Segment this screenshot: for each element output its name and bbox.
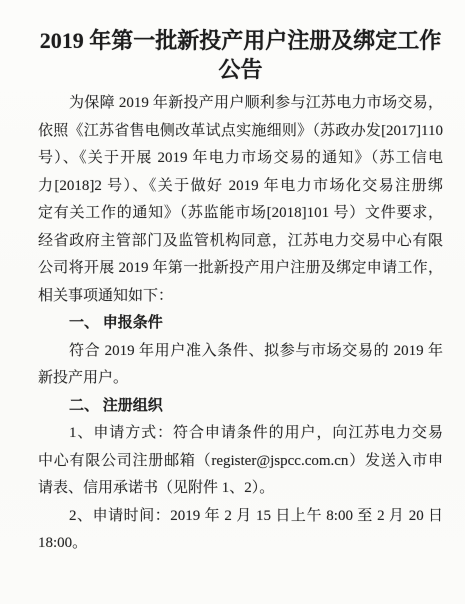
text-line: 二、 注册组织: [38, 393, 443, 421]
text-line: 号）、《关于开展 2019 年电力市场交易的通知》（苏工信电: [38, 145, 443, 173]
intro-paragraph: 为保障 2019 年新投产用户顺利参与江苏电力市场交易，依照《江苏省售电侧改革试…: [38, 90, 443, 310]
text-line: 新投产用户。: [38, 365, 443, 393]
text-line: 2、申请时间：2019 年 2 月 15 日上午 8:00 至 2 月 20 日: [38, 503, 443, 531]
document-body: 2019 年第一批新投产用户注册及绑定工作公告为保障 2019 年新投产用户顺利…: [38, 26, 443, 558]
section-heading-1: 一、 申报条件: [38, 310, 443, 338]
text-line: 2019 年第一批新投产用户注册及绑定工作: [28, 26, 453, 55]
text-line: 相关事项通知如下：: [38, 283, 443, 311]
text-line: 公告: [28, 55, 453, 84]
text-line: 公司将开展 2019 年第一批新投产用户注册及绑定申请工作，: [38, 255, 443, 283]
application-method-paragraph: 1、申请方式：符合申请条件的用户，向江苏电力交易中心有限公司注册邮箱（regis…: [38, 420, 443, 503]
application-time-paragraph: 2、申请时间：2019 年 2 月 15 日上午 8:00 至 2 月 20 日…: [38, 503, 443, 558]
text-line: 一、 申报条件: [38, 310, 443, 338]
text-line: 中心有限公司注册邮箱（register@jspcc.com.cn）发送入市申: [38, 448, 443, 476]
text-line: 为保障 2019 年新投产用户顺利参与江苏电力市场交易，: [38, 90, 443, 118]
text-line: 定有关工作的通知》（苏监能市场[2018]101 号）文件要求，: [38, 200, 443, 228]
text-line: 经省政府主管部门及监管机构同意，江苏电力交易中心有限: [38, 228, 443, 256]
text-line: 力[2018]2 号）、《关于做好 2019 年电力市场化交易注册绑: [38, 173, 443, 201]
document-title: 2019 年第一批新投产用户注册及绑定工作公告: [28, 26, 453, 84]
text-line: 请表、信用承诺书（见附件 1、2）。: [38, 475, 443, 503]
text-line: 18:00。: [38, 530, 443, 558]
text-line: 依照《江苏省售电侧改革试点实施细则》（苏政办发[2017]110: [38, 118, 443, 146]
document-page: 2019 年第一批新投产用户注册及绑定工作公告为保障 2019 年新投产用户顺利…: [0, 0, 465, 604]
section-1-paragraph: 符合 2019 年用户准入条件、拟参与市场交易的 2019 年新投产用户。: [38, 338, 443, 393]
section-heading-2: 二、 注册组织: [38, 393, 443, 421]
text-line: 符合 2019 年用户准入条件、拟参与市场交易的 2019 年: [38, 338, 443, 366]
text-line: 1、申请方式：符合申请条件的用户，向江苏电力交易: [38, 420, 443, 448]
